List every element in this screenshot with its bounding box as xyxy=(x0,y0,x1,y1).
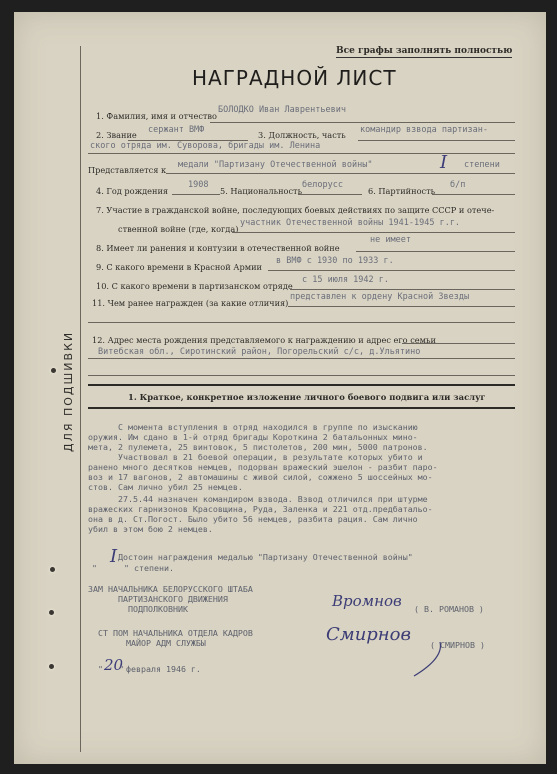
award-value: медали "Партизану Отечественной войны" xyxy=(178,160,372,170)
signer1-name: ( В. РОМАНОВ ) xyxy=(414,604,484,614)
field-name-label: 1. Фамилия, имя и отчество xyxy=(96,111,217,121)
binding-hole xyxy=(50,567,55,572)
field-rank-value: сержант ВМФ xyxy=(148,125,204,135)
field-birth-year-value: 1908 xyxy=(188,180,208,190)
field-name-value: БОЛОДКО Иван Лаврентьевич xyxy=(218,105,346,115)
field-position-value-cont: ского отряда им. Суворова, бригады им. Л… xyxy=(90,141,320,151)
signer1-title-line: ЗАМ НАЧАЛЬНИКА БЕЛОРУССКОГО ШТАБА xyxy=(88,584,528,594)
binding-label: ДЛЯ ПОДШИВКИ xyxy=(62,331,75,452)
field-army-since-label: 9. С какого времени в Красной Армии xyxy=(96,262,262,272)
field-position-label: 3. Должность, часть xyxy=(258,130,346,140)
field-prior-awards-label: 11. Чем ранее награжден (за какие отличи… xyxy=(92,298,288,308)
narrative-line: убил в этом бою 2 немцев. xyxy=(88,524,528,534)
field-prior-awards-value: представлен к ордену Красной Звезды xyxy=(290,292,469,302)
narrative-line: С момента вступления в отряд находился в… xyxy=(88,422,528,432)
field-address-value: Витебская обл., Сиротинский район, Погор… xyxy=(98,347,420,357)
narrative-line: стов. Сам лично убил 25 немцев. xyxy=(88,482,528,492)
signer2-title-line: СТ ПОМ НАЧАЛЬНИКА ОТДЕЛА КАДРОВ xyxy=(98,628,538,638)
field-war-participation-value: участник Отечественной войны 1941-1945 г… xyxy=(240,218,460,228)
field-war-participation-label: 7. Участие в гражданской войне, последую… xyxy=(96,205,494,215)
binding-hole xyxy=(49,664,54,669)
binding-margin-line xyxy=(80,46,81,752)
narrative-line: вражеских гарнизонов Красовщина, Руда, З… xyxy=(88,504,528,514)
field-nationality-value: белорусс xyxy=(302,180,343,190)
field-party-value: б/п xyxy=(450,180,465,190)
binding-hole xyxy=(49,610,54,615)
section-heading: 1. Краткое, конкретное изложение личного… xyxy=(128,392,486,402)
page-title: НАГРАДНОЙ ЛИСТ xyxy=(192,66,397,90)
award-label: Представляется к xyxy=(88,165,166,175)
field-rank-label: 2. Звание xyxy=(96,130,137,140)
field-wounds-label: 8. Имеет ли ранения и контузии в отечест… xyxy=(96,243,340,253)
conclusion-text: Достоин награждения медалью "Партизану О… xyxy=(88,552,528,562)
field-war-participation-label-cont: ственной войне (где, когда) xyxy=(118,224,238,234)
award-degree-suffix: степени xyxy=(464,160,500,170)
field-wounds-value: не имеет xyxy=(370,235,411,245)
narrative-line: воз и 17 вагонов, 2 автомашины с живой с… xyxy=(88,472,528,482)
narrative-line: оружия. Им сдано в 1-й отряд бригады Кор… xyxy=(88,432,528,442)
field-partisan-since-value: с 15 июля 1942 г. xyxy=(302,275,389,285)
narrative-line: мета, 2 пулемета, 25 винтовок, 5 пистоле… xyxy=(88,442,528,452)
field-position-value: командир взвода партизан- xyxy=(360,125,488,135)
conclusion-degree-suffix: " степени. xyxy=(124,563,174,573)
fill-all-note: Все графы заполнять полностью xyxy=(336,46,512,58)
signature-romanov: Вромнов xyxy=(332,592,402,610)
narrative-line: ранено много десятков немцев, подорван в… xyxy=(88,462,528,472)
binding-hole xyxy=(51,368,56,373)
field-partisan-since-label: 10. С какого времени в партизанском отря… xyxy=(96,281,293,291)
field-address-label: 12. Адрес места рождения представляемого… xyxy=(92,335,436,345)
date-quote-close: " xyxy=(119,664,124,674)
field-army-since-value: в ВМФ с 1930 по 1933 г. xyxy=(276,256,394,266)
field-nationality-label: 5. Национальность xyxy=(220,186,302,196)
date-rest: февраля 1946 г. xyxy=(126,664,201,674)
field-birth-year-label: 4. Год рождения xyxy=(96,186,168,196)
signature-smirnov: Смирнов xyxy=(326,624,411,645)
conclusion-degree-handwritten: I xyxy=(110,546,117,567)
narrative-line: Участвовал в 21 боевой операции, в резул… xyxy=(88,452,528,462)
signature-flourish xyxy=(410,640,450,680)
narrative-line: 27.5.44 назначен командиром взвода. Взво… xyxy=(88,494,528,504)
field-party-label: 6. Партийность xyxy=(368,186,435,196)
conclusion-quote-open: " xyxy=(92,563,97,573)
date-quote: " xyxy=(98,664,103,674)
award-degree-handwritten: I xyxy=(440,152,447,173)
narrative-line: она в д. Ст.Погост. Было убито 56 немцев… xyxy=(88,514,528,524)
